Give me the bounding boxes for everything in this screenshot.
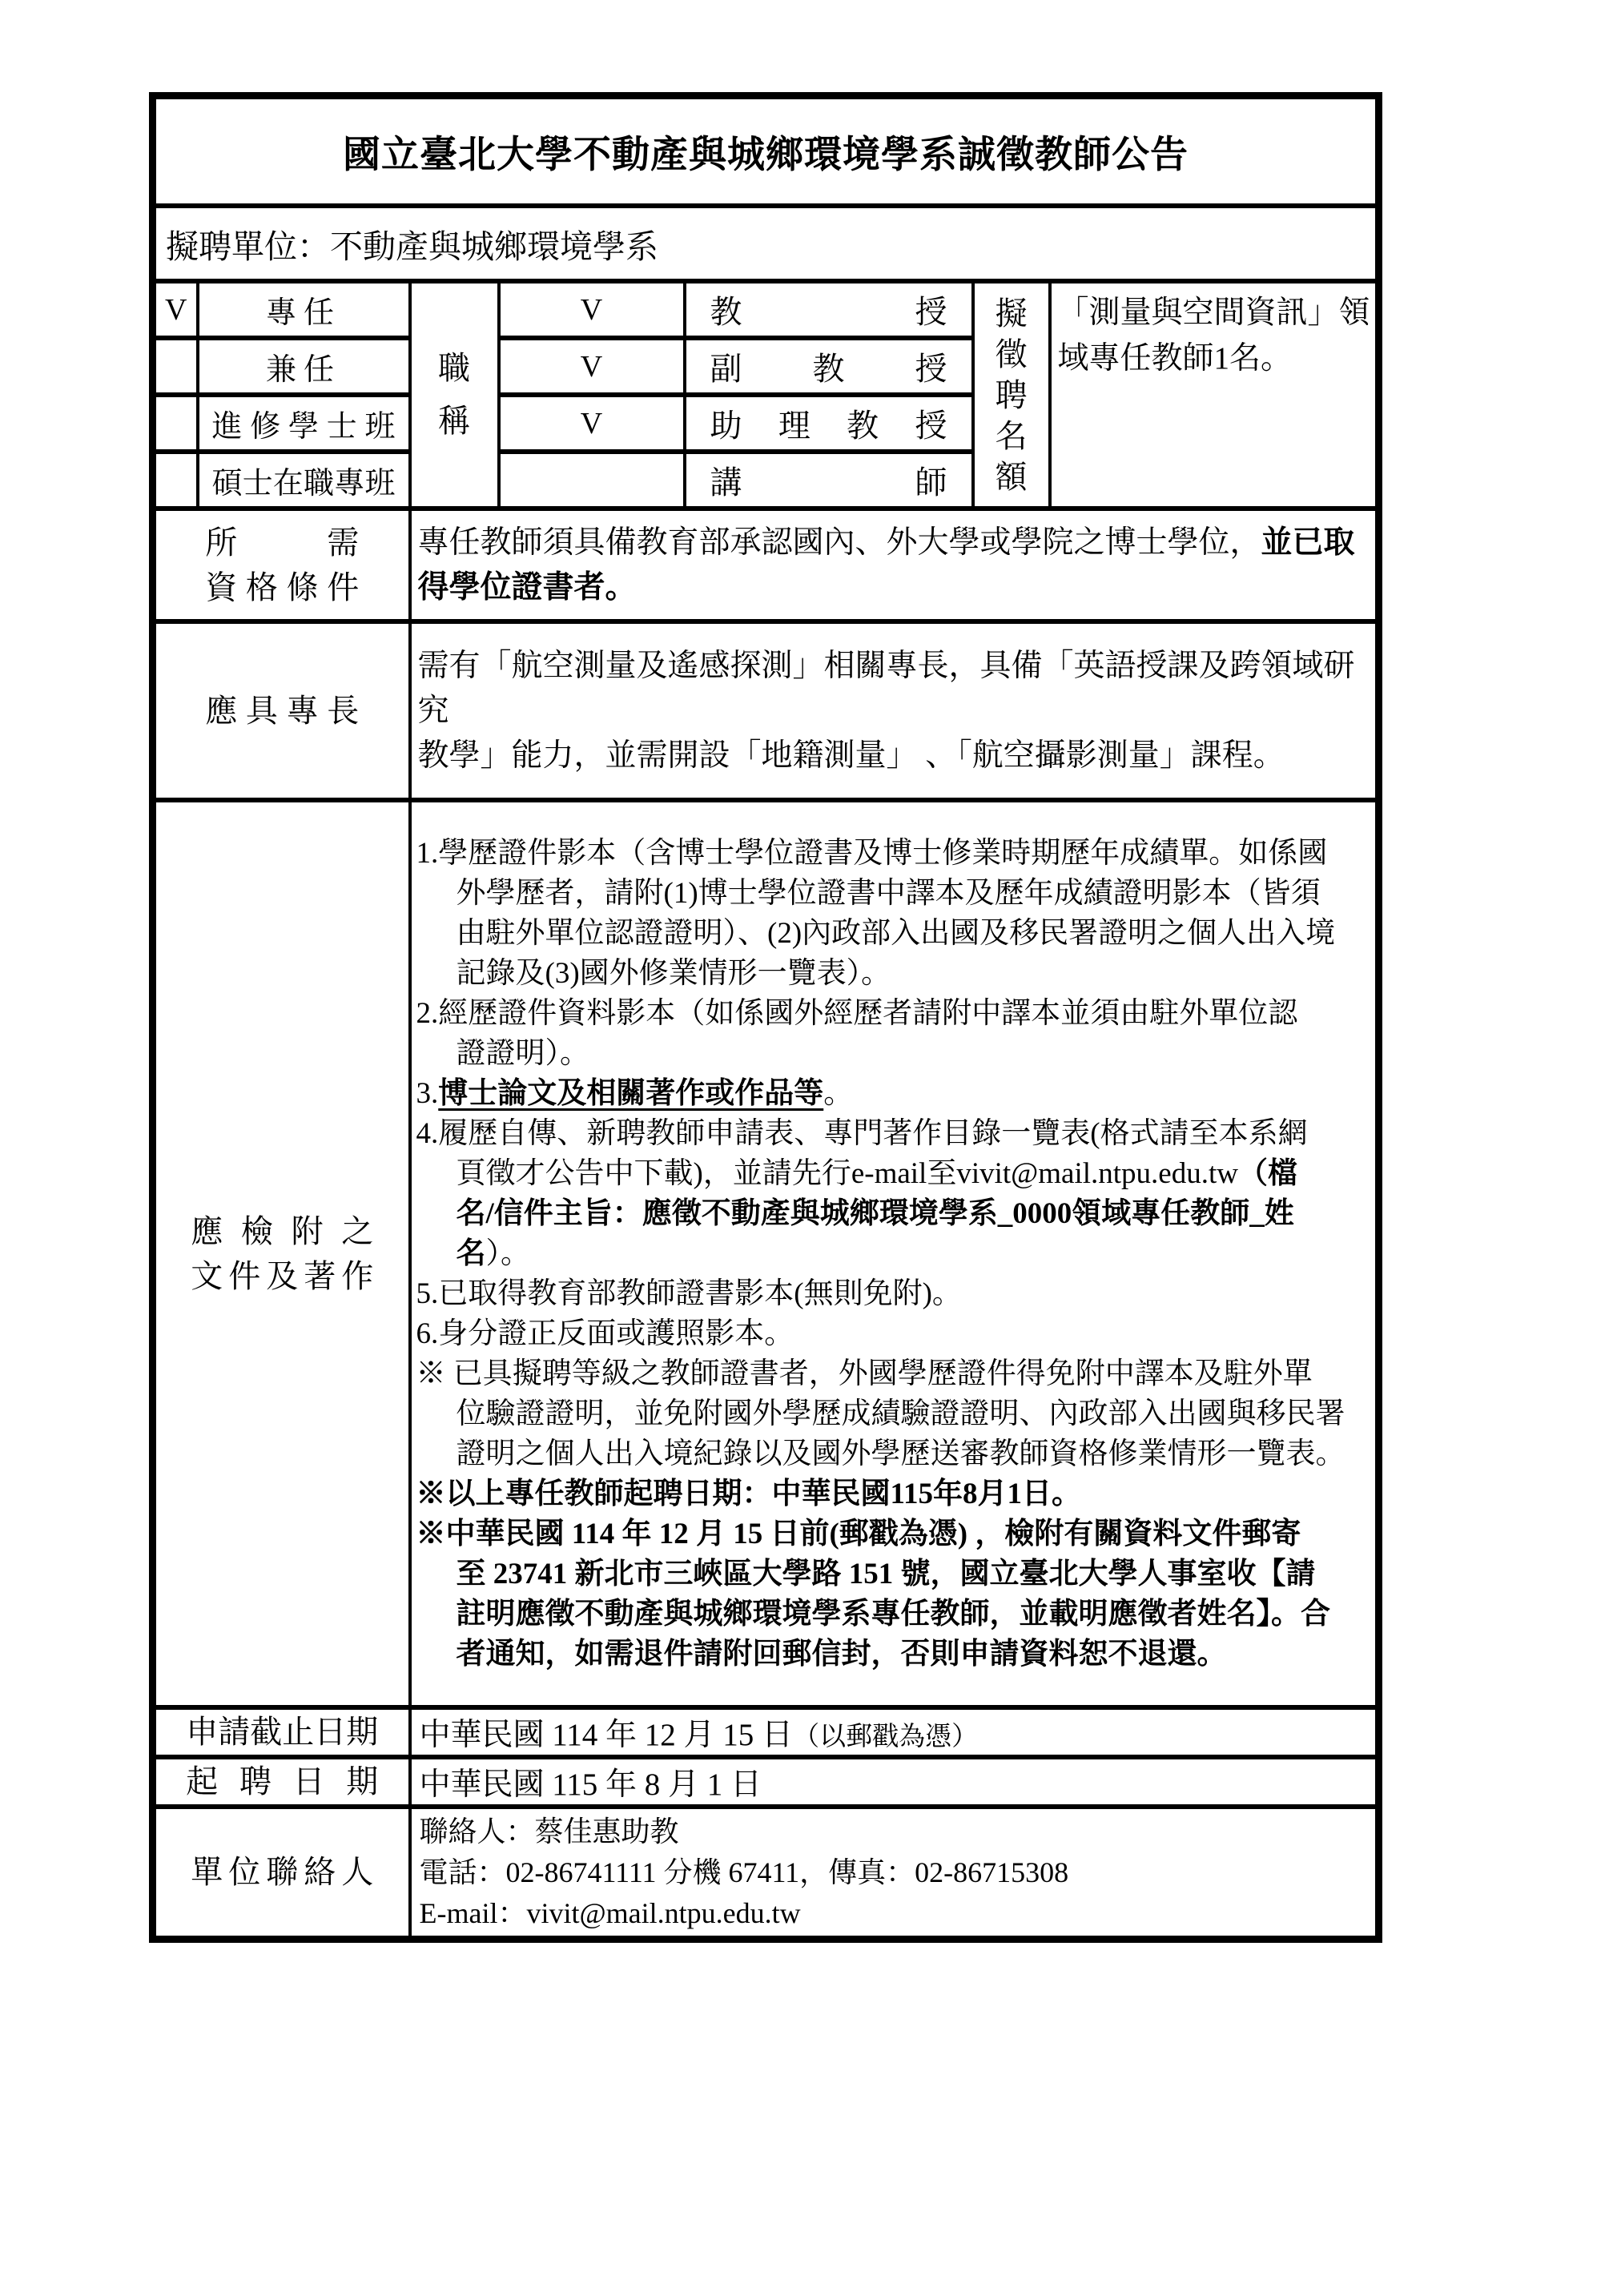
contact-label: 單位聯絡人: [191, 1850, 373, 1895]
qualification-label-line1: 所需: [205, 521, 359, 565]
table-row: 應檢附之 文件及著作 1.學歷證件影本（含博士學位證書及博士修業時期歷年成績單。…: [153, 800, 1379, 1707]
deadline-label-cell: 申請截止日期: [153, 1707, 410, 1757]
text-segment: 需有「航空測量及遙感探測」相關專長，具備「英語授課及跨領域研究 教學」能力，並需…: [418, 649, 1355, 773]
text-segment: 。: [823, 1077, 853, 1110]
contact-email: E-mail：vivit@mail.ntpu.edu.tw: [420, 1893, 1376, 1934]
document-item: 3.博士論文及相關著作或作品等。: [416, 1074, 1370, 1114]
text-segment: 5.已取得教育部教師證書影本(無則免附)。: [416, 1277, 962, 1310]
document-item: 2.經歷證件資料影本（如係國外經歷者請附中譯本並須由駐外單位認 證證明）。: [416, 994, 1370, 1074]
position-type-parttime: 兼任: [198, 338, 410, 395]
rank-column-header: 職稱: [438, 342, 470, 448]
quota-text: 「測量與空間資訊」領 域專任教師1名。: [1050, 281, 1379, 509]
qualification-label-cell: 所需 資格條件: [153, 509, 410, 621]
rank-lecturer: 講師: [685, 452, 973, 509]
contact-label-cell: 單位聯絡人: [153, 1807, 410, 1940]
deadline-label: 申請截止日期: [186, 1710, 378, 1755]
contact-info: 聯絡人：蔡佳惠助教 電話：02-86741111 分機 67411，傳真：02-…: [410, 1807, 1379, 1940]
checkbox-assistant-professor: V: [499, 395, 685, 452]
text-segment: 2.經歷證件資料影本（如係國外經歷者請附中譯本並須由駐外單位認 證證明）。: [416, 997, 1298, 1070]
page-title: 國立臺北大學不動產與城鄉環境學系誠徵教師公告: [153, 96, 1379, 207]
checkbox-parttime: [153, 338, 198, 395]
qualification-text: 專任教師須具備教育部承認國內、外大學或學院之博士學位，並已取 得學位證書者。: [410, 509, 1379, 621]
text-segment: （以郵戳為憑）: [793, 1723, 978, 1751]
document-item: ※ 已具擬聘等級之教師證書者，外國學歷證件得免附中譯本及駐外單 位驗證證明，並免…: [416, 1354, 1370, 1474]
checkbox-fulltime: V: [153, 281, 198, 338]
document-item: 6.身分證正反面或護照影本。: [416, 1314, 1370, 1354]
text-segment: ）。: [486, 1237, 531, 1270]
documents-label-line1: 應檢附之: [191, 1209, 373, 1254]
table-row: V 專任 職稱 V 教授 擬徵聘名額 「測量與空間資訊」領 域專任教師1名。: [153, 281, 1379, 338]
table-row: 所需 資格條件 專任教師須具備教育部承認國內、外大學或學院之博士學位，並已取 得…: [153, 509, 1379, 621]
text-segment: 博士論文及相關著作或作品等: [438, 1077, 823, 1110]
rank-column-header-cell: 職稱: [410, 281, 499, 509]
document-item: ※中華民國 114 年 12 月 15 日前(郵戳為憑) ，檢附有關資料文件郵寄…: [416, 1514, 1370, 1675]
checkbox-lecturer: [499, 452, 685, 509]
checkbox-inservice-master: [153, 452, 198, 509]
text-segment: ※中華民國 114 年 12 月 15 日前(郵戳為憑) ，檢附有關資料文件郵寄…: [416, 1518, 1331, 1671]
checkbox-continuing-bachelor: [153, 395, 198, 452]
position-type-inservice-master: 碩士在職專班: [198, 452, 410, 509]
quota-header: 擬徵聘名額: [996, 293, 1028, 497]
table-row: 擬聘單位：不動產與城鄉環境學系: [153, 206, 1379, 281]
specialty-label: 應具專長: [205, 689, 359, 734]
start-date-value: 中華民國 115 年 8 月 1 日: [410, 1757, 1379, 1807]
hiring-unit: 擬聘單位：不動產與城鄉環境學系: [153, 206, 1379, 281]
text-segment: 專任教師須具備教育部承認國內、外大學或學院之博士學位，: [418, 525, 1261, 560]
start-date-label-cell: 起聘日期: [153, 1757, 410, 1807]
text-segment: 1.學歷證件影本（含博士學位證書及博士修業時期歷年成績單。如係國 外學歷者，請附…: [416, 837, 1336, 990]
specialty-label-cell: 應具專長: [153, 621, 410, 800]
document-item: 5.已取得教育部教師證書影本(無則免附)。: [416, 1274, 1370, 1314]
contact-phone-fax: 電話：02-86741111 分機 67411，傳真：02-86715308: [420, 1852, 1376, 1893]
announcement-page: 國立臺北大學不動產與城鄉環境學系誠徵教師公告 擬聘單位：不動產與城鄉環境學系 V…: [0, 0, 1621, 2296]
document-item: 1.學歷證件影本（含博士學位證書及博士修業時期歷年成績單。如係國 外學歷者，請附…: [416, 834, 1370, 994]
text-segment: 6.身分證正反面或護照影本。: [416, 1317, 794, 1350]
position-type-fulltime: 專任: [198, 281, 410, 338]
checkbox-professor: V: [499, 281, 685, 338]
qualification-label-line2: 資格條件: [205, 565, 359, 610]
table-row: 應具專長 需有「航空測量及遙感探測」相關專長，具備「英語授課及跨領域研究 教學」…: [153, 621, 1379, 800]
document-item: ※以上專任教師起聘日期：中華民國115年8月1日。: [416, 1474, 1370, 1514]
specialty-text: 需有「航空測量及遙感探測」相關專長，具備「英語授課及跨領域研究 教學」能力，並需…: [410, 621, 1379, 800]
documents-label-line2: 文件及著作: [191, 1254, 373, 1299]
text-segment: 中華民國 114 年 12 月 15 日: [420, 1718, 794, 1752]
table-row: 單位聯絡人 聯絡人：蔡佳惠助教 電話：02-86741111 分機 67411，…: [153, 1807, 1379, 1940]
start-date-label: 起聘日期: [186, 1759, 378, 1804]
table-row: 起聘日期 中華民國 115 年 8 月 1 日: [153, 1757, 1379, 1807]
quota-header-cell: 擬徵聘名額: [973, 281, 1050, 509]
checkbox-associate-professor: V: [499, 338, 685, 395]
rank-professor: 教授: [685, 281, 973, 338]
table-row: 申請截止日期 中華民國 114 年 12 月 15 日（以郵戳為憑）: [153, 1707, 1379, 1757]
deadline-value: 中華民國 114 年 12 月 15 日（以郵戳為憑）: [410, 1707, 1379, 1757]
text-segment: 4.履歷自傳、新聘教師申請表、專門著作目錄一覽表(格式請至本系網 頁徵才公告中下…: [416, 1117, 1308, 1190]
rank-associate-professor: 副教授: [685, 338, 973, 395]
text-segment: 3.: [416, 1077, 439, 1110]
position-type-continuing-bachelor: 進修學士班: [198, 395, 410, 452]
contact-person: 聯絡人：蔡佳惠助教: [420, 1811, 1376, 1852]
text-segment: ※以上專任教師起聘日期：中華民國115年8月1日。: [416, 1478, 1081, 1510]
document-item: 4.履歷自傳、新聘教師申請表、專門著作目錄一覽表(格式請至本系網 頁徵才公告中下…: [416, 1114, 1370, 1274]
documents-label-cell: 應檢附之 文件及著作: [153, 800, 410, 1707]
table-row: 國立臺北大學不動產與城鄉環境學系誠徵教師公告: [153, 96, 1379, 207]
rank-assistant-professor: 助理教授: [685, 395, 973, 452]
text-segment: ※ 已具擬聘等級之教師證書者，外國學歷證件得免附中譯本及駐外單 位驗證證明，並免…: [416, 1357, 1345, 1470]
announcement-table: 國立臺北大學不動產與城鄉環境學系誠徵教師公告 擬聘單位：不動產與城鄉環境學系 V…: [149, 92, 1382, 1943]
documents-list: 1.學歷證件影本（含博士學位證書及博士修業時期歷年成績單。如係國 外學歷者，請附…: [410, 800, 1379, 1707]
